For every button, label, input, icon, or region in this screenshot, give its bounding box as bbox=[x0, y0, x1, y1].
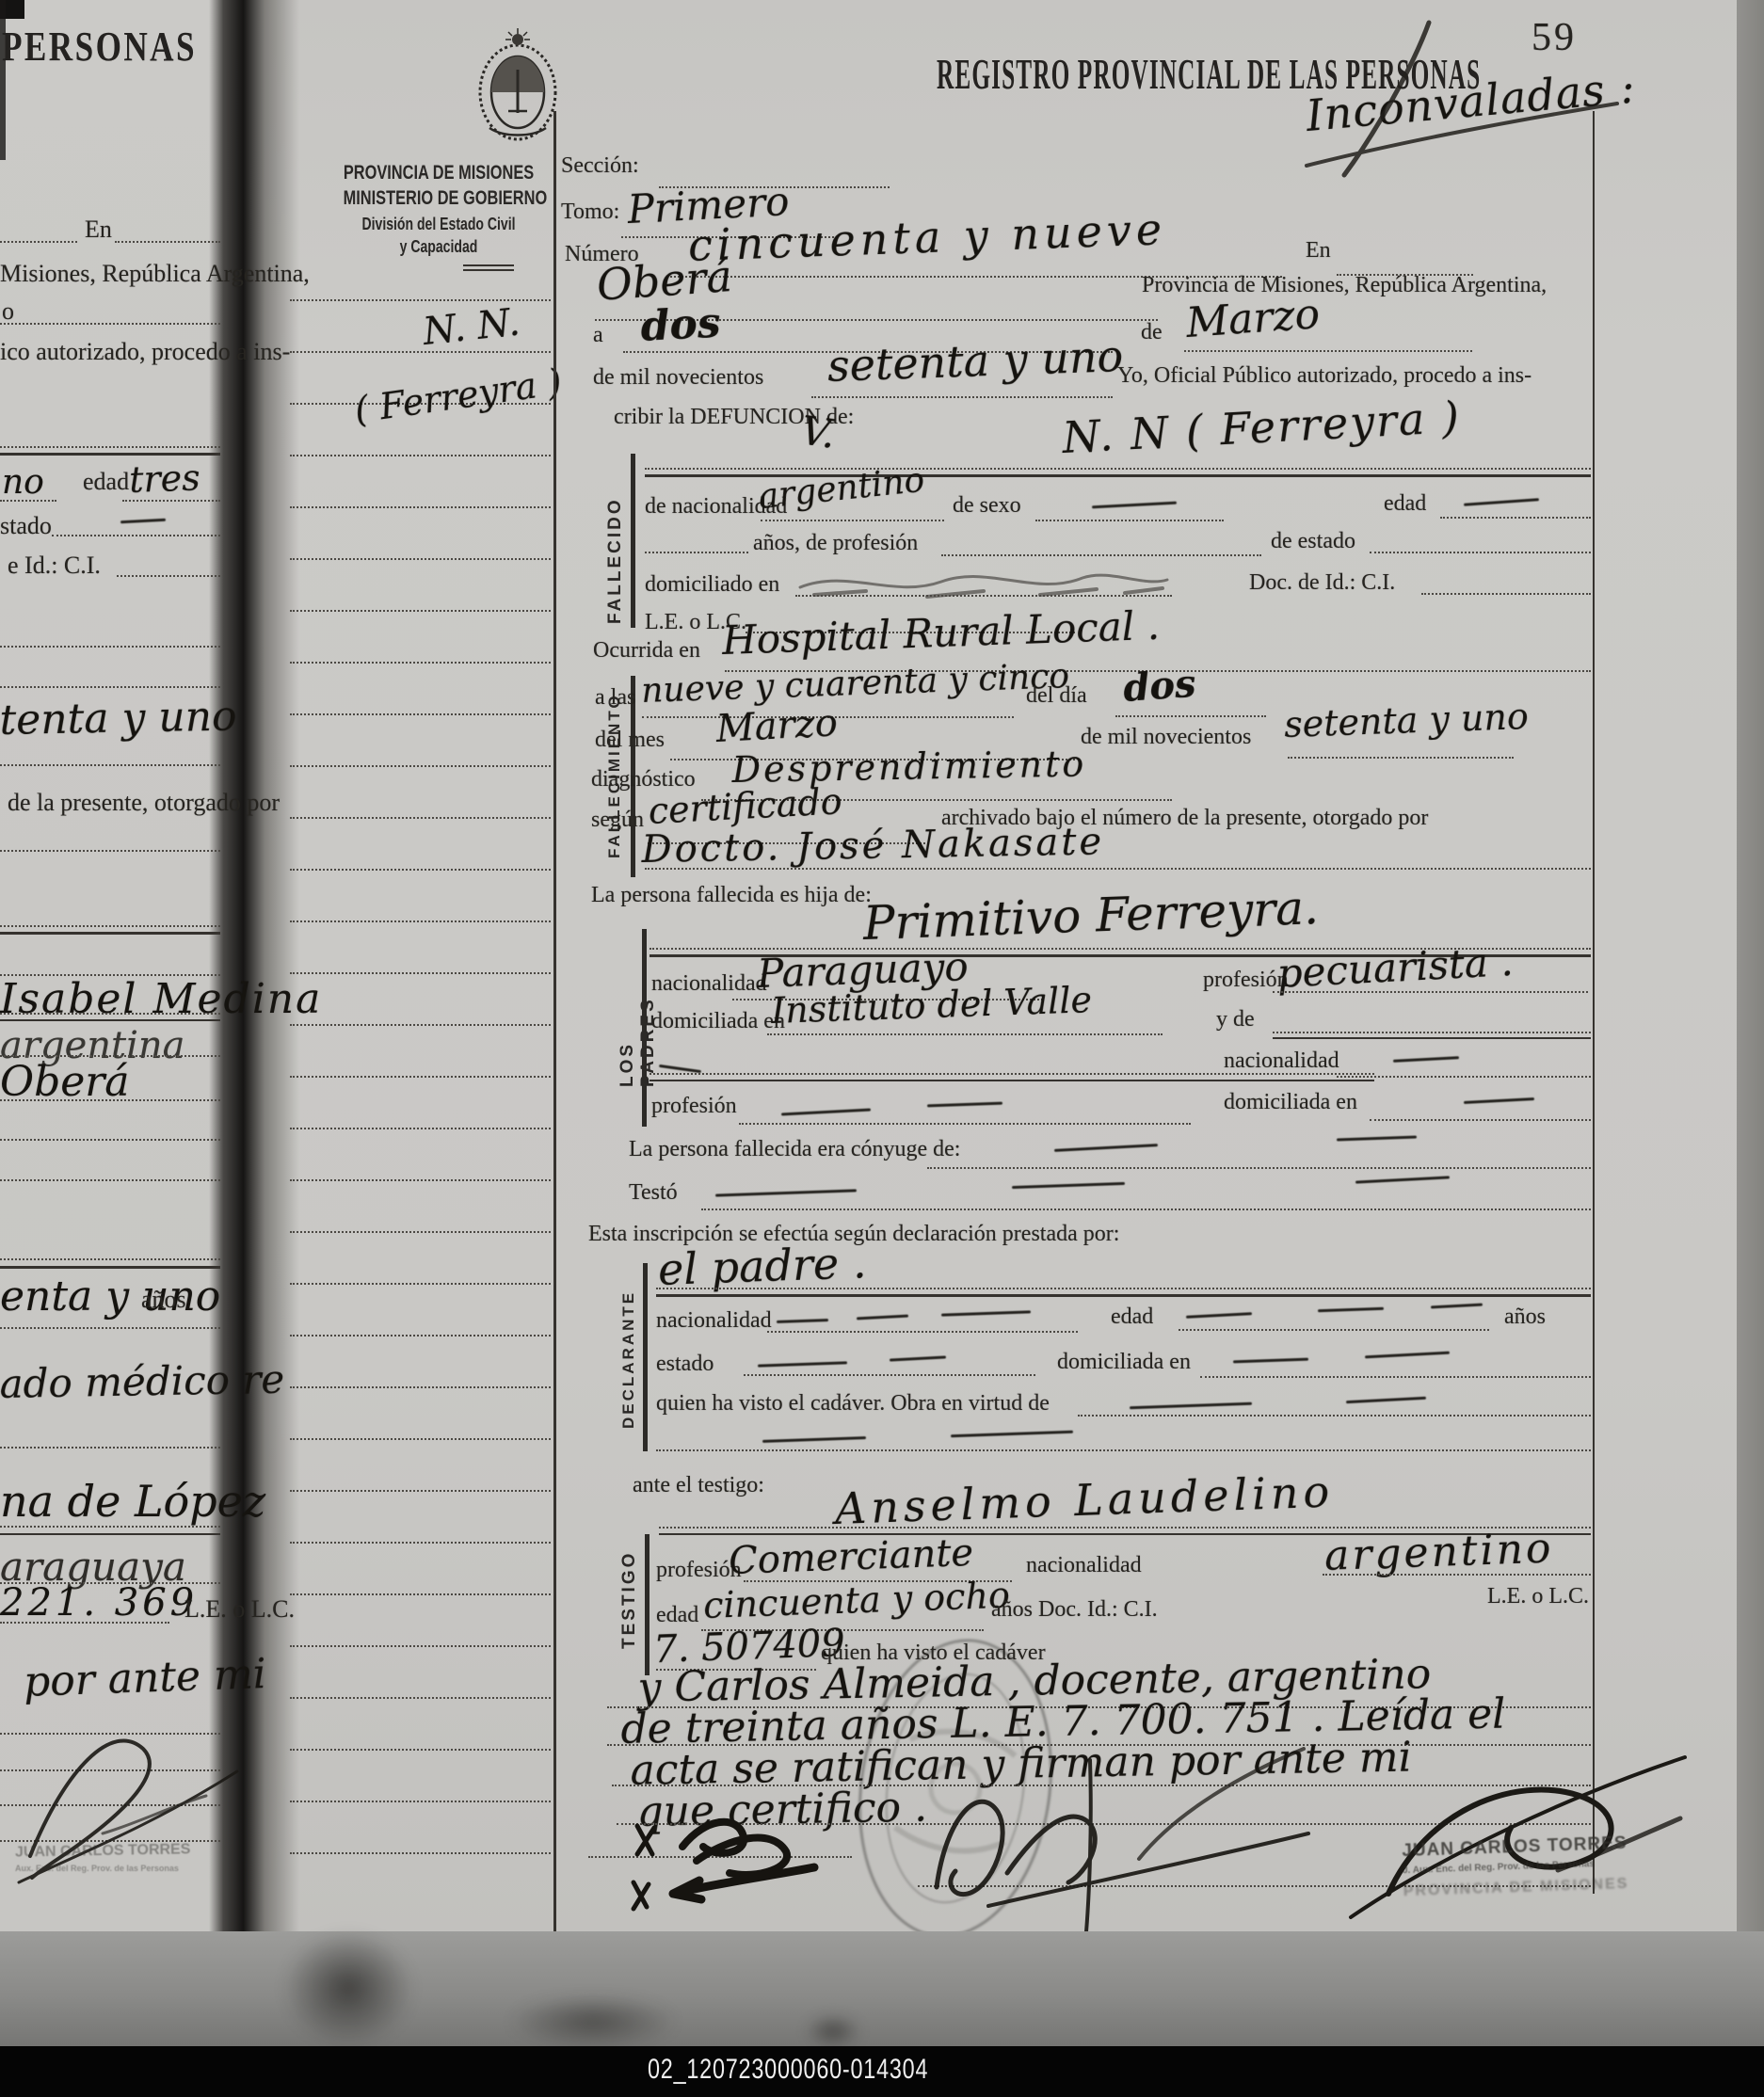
rule-line bbox=[0, 1019, 220, 1021]
left-doc-label: e Id.: C.I. bbox=[8, 552, 101, 580]
section-label-testigo: TESTIGO bbox=[619, 1564, 640, 1649]
dotted-line bbox=[1273, 1032, 1591, 1033]
dotted-line bbox=[0, 764, 220, 766]
dotted-line bbox=[290, 1852, 551, 1854]
declarante-quien-line: quien ha visto el cadáver. Obra en virtu… bbox=[656, 1391, 1050, 1417]
letterhead-line1: PROVINCIA DE MISIONES bbox=[344, 162, 535, 184]
dotted-line bbox=[122, 500, 220, 502]
hw-declarante: el padre . bbox=[657, 1237, 867, 1295]
padres-nac2-label: nacionalidad bbox=[1224, 1048, 1339, 1074]
rule-line bbox=[1273, 1037, 1591, 1039]
hw-left-medico: ado médico re bbox=[0, 1356, 285, 1407]
dotted-line bbox=[290, 558, 551, 560]
hw-mes: Marzo bbox=[715, 701, 839, 751]
dotted-line bbox=[1179, 1329, 1489, 1331]
margin-dotted-column bbox=[290, 299, 551, 1899]
dotted-line bbox=[701, 1209, 1591, 1210]
hija-line: La persona fallecida es hija de: bbox=[591, 883, 872, 908]
dotted-line bbox=[645, 868, 1591, 870]
section-bar bbox=[645, 1534, 649, 1675]
padres-prof2-label: profesión bbox=[651, 1094, 737, 1119]
padres-nac-label: nacionalidad bbox=[651, 971, 767, 997]
rule-line bbox=[0, 1266, 220, 1269]
dotted-line bbox=[767, 1331, 1078, 1333]
yo-line: Yo, Oficial Público autorizado, procedo … bbox=[1117, 363, 1531, 389]
mil-label: de mil novecientos bbox=[1081, 725, 1251, 750]
hw-left-lopez: na de López bbox=[0, 1476, 265, 1527]
left-le-label: L.E. o L.C. bbox=[184, 1595, 295, 1624]
dotted-line bbox=[290, 1749, 551, 1751]
rule-line bbox=[0, 1533, 220, 1535]
section-label-declarante: DECLARANTE bbox=[619, 1306, 638, 1429]
scanned-death-certificate: PERSONAS En Misiones, República Argentin… bbox=[0, 0, 1764, 2097]
dotted-line bbox=[1273, 991, 1588, 993]
hw-testigo-nac: argentino bbox=[1323, 1525, 1554, 1580]
dotted-line bbox=[290, 972, 551, 974]
hw-a-dos: dos bbox=[639, 299, 721, 351]
hw-fallecido-prefix: V. bbox=[798, 407, 839, 457]
rule-line bbox=[656, 1294, 1591, 1297]
declarante-edad-label: edad bbox=[1111, 1305, 1153, 1330]
section-bar bbox=[642, 929, 647, 1127]
provincia-line: Provincia de Misiones, República Argenti… bbox=[1142, 273, 1547, 298]
declarante-estado-label: estado bbox=[656, 1352, 714, 1377]
left-stamp-line2: Aux. Enc. del Reg. Prov. de las Personas bbox=[15, 1864, 179, 1873]
hw-mil: setenta y uno bbox=[1283, 696, 1529, 745]
strikethrough-scribble bbox=[795, 557, 1172, 606]
section-bar bbox=[631, 454, 635, 628]
left-page-heading: PERSONAS bbox=[2, 23, 197, 71]
testigo-nac-label: nacionalidad bbox=[1026, 1553, 1142, 1578]
fallecido-doc-label: Doc. de Id.: C.I. bbox=[1249, 570, 1395, 596]
dotted-line bbox=[290, 1231, 551, 1233]
dotted-line bbox=[1337, 1076, 1591, 1078]
section-label-fallecido: FALLECIDO bbox=[605, 497, 626, 624]
hw-testigo-prof: Comerciante bbox=[728, 1531, 973, 1583]
dotted-line bbox=[290, 1386, 551, 1388]
dotted-line bbox=[811, 396, 1113, 398]
dotted-line bbox=[1078, 1415, 1591, 1417]
dotted-line bbox=[290, 1490, 551, 1492]
dotted-line bbox=[1370, 552, 1591, 553]
dotted-line bbox=[0, 1179, 220, 1181]
a-label: a bbox=[593, 323, 603, 348]
scan-smudge bbox=[508, 1993, 678, 2050]
letterhead-line4: y Capacidad bbox=[344, 237, 535, 257]
hw-left-antemi: por ante mi bbox=[23, 1650, 266, 1706]
hw-left-isabel: Isabel Medina bbox=[0, 975, 322, 1023]
conyuge-line: La persona fallecida era cónyuge de: bbox=[629, 1137, 960, 1162]
dotted-line bbox=[290, 1076, 551, 1078]
dotted-line bbox=[0, 1055, 220, 1057]
dotted-line bbox=[0, 646, 220, 648]
testo-label: Testó bbox=[629, 1180, 678, 1206]
dotted-line bbox=[0, 1622, 169, 1624]
left-o: o bbox=[2, 297, 14, 326]
dotted-line bbox=[0, 1526, 220, 1528]
dotted-line bbox=[1200, 1376, 1591, 1378]
fallecido-dom-label: domiciliado en bbox=[645, 572, 779, 598]
dotted-line bbox=[290, 610, 551, 612]
form-right-border bbox=[1593, 111, 1595, 1894]
dotted-line bbox=[0, 1447, 220, 1449]
scan-smudge bbox=[282, 1929, 414, 2047]
dotted-line bbox=[649, 1073, 1374, 1075]
declarante-dom-label: domiciliada en bbox=[1057, 1350, 1191, 1375]
left-estado-label: stado bbox=[0, 512, 52, 540]
dotted-line bbox=[0, 1327, 220, 1329]
dotted-line bbox=[0, 925, 220, 927]
ocurrida-label: Ocurrida en bbox=[593, 638, 700, 664]
padres-dom-label: domiciliada en bbox=[651, 1009, 785, 1034]
dotted-line bbox=[290, 1024, 551, 1026]
hw-left-no: no bbox=[2, 463, 44, 502]
dotted-line bbox=[290, 455, 551, 456]
dotted-line bbox=[739, 1123, 1191, 1125]
dotted-line bbox=[941, 554, 1261, 556]
hw-left-anios: enta y uno bbox=[0, 1273, 220, 1321]
dotted-line bbox=[1421, 593, 1591, 595]
signature-marks-left bbox=[617, 1809, 852, 1931]
left-stamp-name: JUAN CARLOS TORRES bbox=[15, 1841, 191, 1861]
dotted-line bbox=[0, 323, 220, 325]
dotted-line bbox=[290, 765, 551, 767]
left-oficial-line: ico autorizado, procedo a ins- bbox=[0, 338, 290, 366]
rule-line bbox=[649, 1080, 1374, 1081]
dotted-line bbox=[0, 850, 220, 852]
page-right-edge bbox=[1737, 0, 1764, 1941]
dotted-line bbox=[290, 1697, 551, 1699]
dotted-line bbox=[290, 1438, 551, 1440]
left-en-label: En bbox=[85, 216, 112, 244]
dotted-line bbox=[761, 520, 944, 521]
dotted-line bbox=[290, 1645, 551, 1647]
dotted-line bbox=[290, 1179, 551, 1181]
rule-line bbox=[0, 453, 220, 456]
dotted-line bbox=[0, 241, 77, 243]
dotted-line bbox=[290, 1542, 551, 1544]
hw-dia: dos bbox=[1122, 662, 1197, 711]
declarante-anios-label: años bbox=[1504, 1305, 1546, 1330]
mes-label: del mes bbox=[595, 728, 665, 753]
dotted-line bbox=[290, 1128, 551, 1129]
dotted-line bbox=[744, 1374, 1035, 1376]
dotted-line bbox=[0, 1139, 220, 1141]
dotted-line bbox=[0, 1013, 220, 1015]
dotted-line bbox=[52, 535, 220, 536]
dotted-line bbox=[290, 713, 551, 715]
fallecido-sexo-label: de sexo bbox=[953, 493, 1021, 519]
dotted-line bbox=[117, 575, 220, 577]
annotation-strokes bbox=[1299, 17, 1628, 186]
dotted-line bbox=[115, 241, 220, 243]
testigo-doc-label: años Doc. Id.: C.I. bbox=[991, 1597, 1158, 1623]
dotted-line bbox=[290, 869, 551, 871]
de-label: de bbox=[1141, 320, 1163, 345]
fallecido-prof-label: años, de profesión bbox=[753, 531, 918, 556]
letterhead-rule bbox=[463, 264, 514, 266]
left-presente-line: de la presente, otorgado por bbox=[8, 789, 280, 817]
dotted-line bbox=[767, 1033, 1163, 1035]
segun-label: según bbox=[591, 808, 644, 833]
testigo-le-label: L.E. o L.C. bbox=[1487, 1584, 1589, 1609]
dotted-line bbox=[1115, 715, 1266, 717]
hw-de-mes: Marzo bbox=[1184, 290, 1321, 347]
registrar-stamp: JUAN CARLOS TORRES J. Aux. Enc. del Reg.… bbox=[1402, 1833, 1629, 1900]
letterhead-rule bbox=[463, 269, 514, 271]
dotted-line bbox=[656, 1449, 1591, 1451]
dotted-line bbox=[1288, 757, 1514, 759]
dotted-line bbox=[645, 552, 748, 553]
rule-line bbox=[0, 932, 220, 935]
dotted-line bbox=[290, 1283, 551, 1285]
dotted-line bbox=[1370, 1119, 1591, 1121]
dotted-line bbox=[290, 506, 551, 508]
hw-otorgado: Docto. José Nakasate bbox=[641, 820, 1104, 872]
dotted-line bbox=[290, 1801, 551, 1802]
en-label: En bbox=[1306, 238, 1331, 264]
fallecido-estado-label: de estado bbox=[1271, 529, 1355, 554]
dotted-line bbox=[645, 468, 1591, 470]
dotted-line bbox=[656, 1288, 1591, 1289]
dotted-line bbox=[795, 595, 1172, 597]
dotted-line bbox=[0, 446, 220, 448]
left-page-paper bbox=[0, 0, 222, 1931]
dotted-line bbox=[0, 1099, 220, 1101]
alas-label: a las bbox=[595, 685, 635, 711]
padres-yde-label: y de bbox=[1216, 1007, 1255, 1032]
declarante-nac-label: nacionalidad bbox=[656, 1308, 772, 1334]
dotted-line bbox=[1184, 350, 1472, 352]
dotted-line bbox=[927, 1167, 1591, 1169]
dotted-line bbox=[1035, 520, 1224, 521]
scan-code: 02_120723000060-014304 bbox=[648, 2054, 928, 2086]
scan-background bbox=[0, 1931, 1764, 2048]
dotted-line bbox=[290, 920, 551, 922]
hw-left-documento: 221. 369 bbox=[0, 1581, 198, 1625]
letterhead-line3: División del Estado Civil bbox=[344, 215, 535, 234]
section-bar bbox=[643, 1263, 648, 1451]
dotted-line bbox=[0, 1258, 220, 1260]
padres-prof-label: profesión bbox=[1203, 968, 1289, 993]
hw-left-edad: tres bbox=[128, 456, 200, 501]
left-anios-label: años bbox=[141, 1286, 186, 1314]
dotted-line bbox=[290, 817, 551, 819]
seccion-label: Sección: bbox=[561, 153, 639, 179]
form-left-divider bbox=[553, 111, 556, 1937]
dotted-line bbox=[290, 662, 551, 664]
left-misiones-line: Misiones, República Argentina, bbox=[0, 260, 310, 288]
hw-left-setenta: tenta y uno bbox=[0, 693, 237, 744]
padres-dom2-label: domiciliada en bbox=[1224, 1090, 1357, 1115]
dotted-line bbox=[0, 686, 220, 688]
signature-officiant-center bbox=[866, 1732, 1318, 1958]
dotted-line bbox=[290, 1335, 551, 1337]
letterhead-line2: MINISTERIO DE GOBIERNO bbox=[344, 187, 535, 210]
scan-smudge bbox=[805, 2014, 861, 2048]
fallecido-edad-label: edad bbox=[1384, 491, 1426, 517]
dotted-line bbox=[290, 351, 551, 353]
hw-novecientos: setenta y uno bbox=[826, 330, 1124, 392]
novecientos-label: de mil novecientos bbox=[593, 365, 763, 391]
dotted-line bbox=[1323, 1574, 1591, 1576]
dotted-line bbox=[1440, 517, 1591, 519]
dotted-line bbox=[0, 500, 56, 502]
dotted-line bbox=[290, 1593, 551, 1595]
testigo-edad-label: edad bbox=[656, 1603, 698, 1628]
dia-label: del día bbox=[1026, 683, 1087, 709]
tomo-label: Tomo: bbox=[561, 200, 619, 225]
testigo-intro: ante el testigo: bbox=[633, 1473, 764, 1498]
left-edad-label: edad bbox=[83, 468, 129, 496]
